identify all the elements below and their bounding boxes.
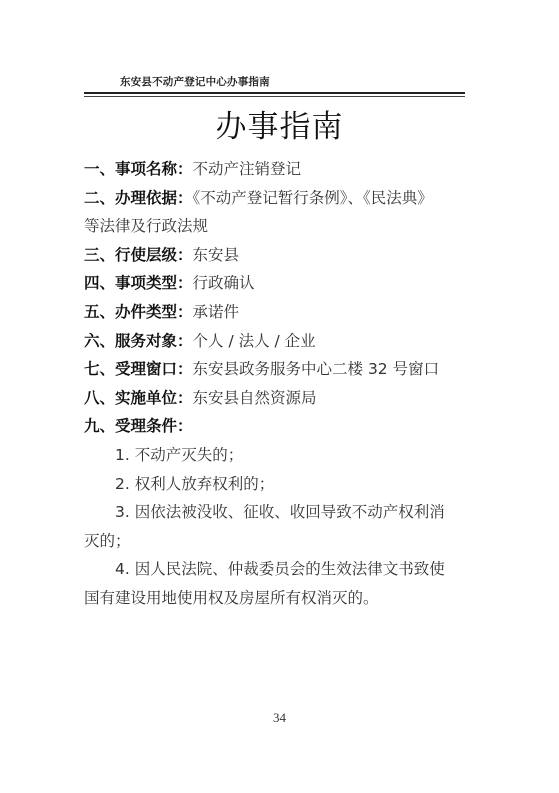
item-name: 一、事项名称：不动产注销登记 xyxy=(84,155,474,184)
condition-3: 3. 因依法被没收、征收、收回导致不动产权利消 xyxy=(84,498,474,527)
item-basis: 二、办理依据：《不动产登记暂行条例》、《民法典》 xyxy=(84,184,474,213)
item-value: 东安县 xyxy=(193,246,240,264)
condition-2: 2. 权利人放弃权利的； xyxy=(84,470,474,499)
condition-1: 1. 不动产灭失的； xyxy=(84,441,474,470)
condition-3-continuation: 灭的； xyxy=(84,527,474,556)
item-basis-continuation: 等法律及行政法规 xyxy=(84,212,474,241)
item-unit: 八、实施单位：东安县自然资源局 xyxy=(84,384,474,413)
item-value: 东安县自然资源局 xyxy=(193,389,317,407)
item-case-type: 五、办件类型：承诺件 xyxy=(84,298,474,327)
item-window: 七、受理窗口：东安县政务服务中心二楼 32 号窗口 xyxy=(84,355,474,384)
item-service-target: 六、服务对象：个人 / 法人 / 企业 xyxy=(84,327,474,356)
item-label: 五、办件类型： xyxy=(84,303,193,321)
condition-text: 4. 因人民法院、仲裁委员会的生效法律文书致使 xyxy=(115,560,445,578)
condition-4: 4. 因人民法院、仲裁委员会的生效法律文书致使 xyxy=(84,555,474,584)
item-value: 《不动产登记暂行条例》、《民法典》 xyxy=(193,189,433,207)
condition-text-continuation: 国有建设用地使用权及房屋所有权消灭的。 xyxy=(84,589,379,607)
condition-text: 3. 因依法被没收、征收、收回导致不动产权利消 xyxy=(115,503,445,521)
item-conditions: 九、受理条件： xyxy=(84,412,474,441)
item-label: 八、实施单位： xyxy=(84,389,193,407)
page-title: 办事指南 xyxy=(0,101,559,146)
condition-text: 1. 不动产灭失的； xyxy=(115,446,243,464)
condition-4-continuation: 国有建设用地使用权及房屋所有权消灭的。 xyxy=(84,584,474,613)
item-label: 二、办理依据： xyxy=(84,189,193,207)
page-number: 34 xyxy=(0,710,559,726)
item-label: 六、服务对象： xyxy=(84,332,193,350)
item-label: 一、事项名称： xyxy=(84,160,193,178)
item-value: 东安县政务服务中心二楼 32 号窗口 xyxy=(193,360,440,378)
condition-text: 2. 权利人放弃权利的； xyxy=(115,475,274,493)
item-label: 三、行使层级： xyxy=(84,246,193,264)
item-label: 四、事项类型： xyxy=(84,274,193,292)
item-level: 三、行使层级：东安县 xyxy=(84,241,474,270)
item-value: 不动产注销登记 xyxy=(193,160,302,178)
item-type: 四、事项类型：行政确认 xyxy=(84,269,474,298)
guide-content: 一、事项名称：不动产注销登记 二、办理依据：《不动产登记暂行条例》、《民法典》 … xyxy=(84,155,474,613)
header-rule-thin xyxy=(84,96,465,97)
running-header: 东安县不动产登记中心办事指南 xyxy=(120,74,270,89)
item-value-continuation: 等法律及行政法规 xyxy=(84,217,208,235)
item-label: 九、受理条件： xyxy=(84,417,193,435)
item-value: 承诺件 xyxy=(193,303,240,321)
item-value: 个人 / 法人 / 企业 xyxy=(193,332,316,350)
item-value: 行政确认 xyxy=(193,274,255,292)
item-label: 七、受理窗口： xyxy=(84,360,193,378)
header-rule-thick xyxy=(84,92,465,94)
condition-text-continuation: 灭的； xyxy=(84,532,131,550)
